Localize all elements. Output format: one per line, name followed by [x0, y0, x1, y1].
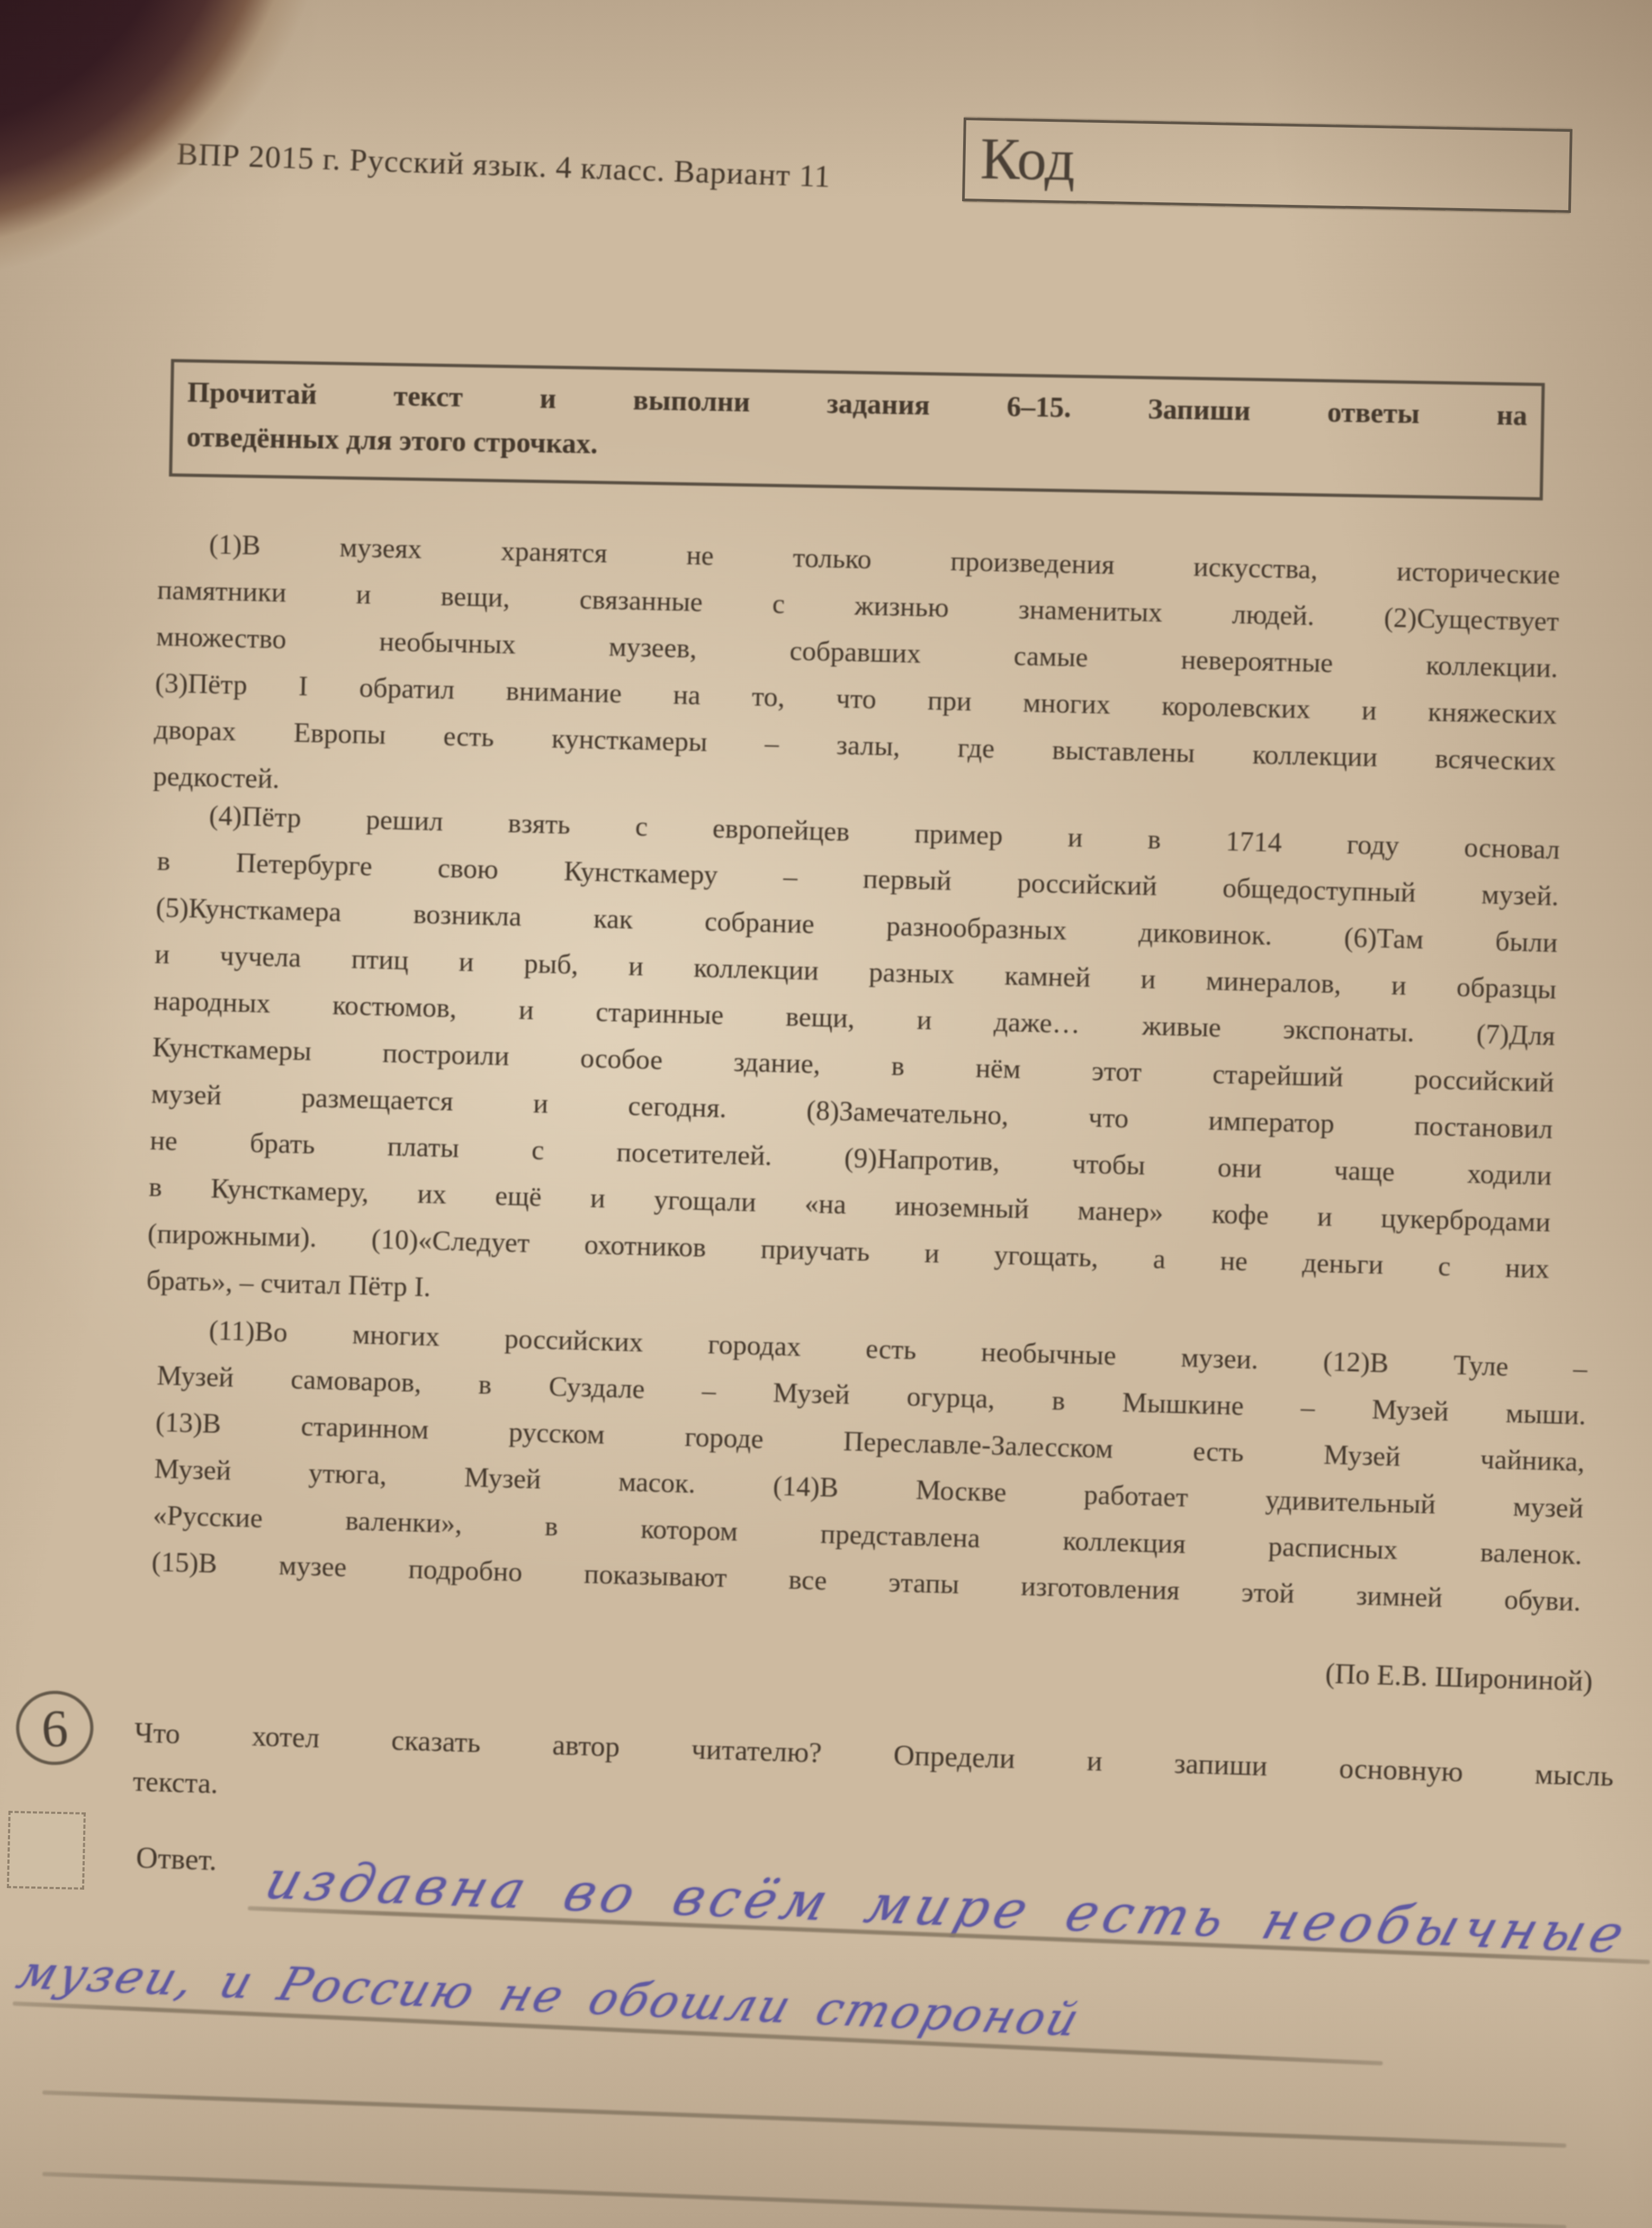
paragraph-1: (1)В музеях хранятся не только произведе… [152, 520, 1560, 831]
instruction-box: Прочитай текст и выполни задания 6–15. З… [169, 359, 1545, 500]
answer-label: Ответ. [136, 1840, 218, 1877]
task6-number: 6 [40, 1697, 69, 1759]
score-box [7, 1811, 86, 1890]
code-box: Код [962, 118, 1573, 213]
photo-of-exam-page: ВПР 2015 г. Русский язык. 4 класс. Вариа… [0, 0, 1652, 2228]
code-box-label: Код [965, 120, 1569, 200]
paragraph-2: (4)Пётр решил взять с европейцев пример … [146, 791, 1561, 1339]
paragraph-3: (11)Во многих российских городах есть не… [151, 1306, 1588, 1625]
